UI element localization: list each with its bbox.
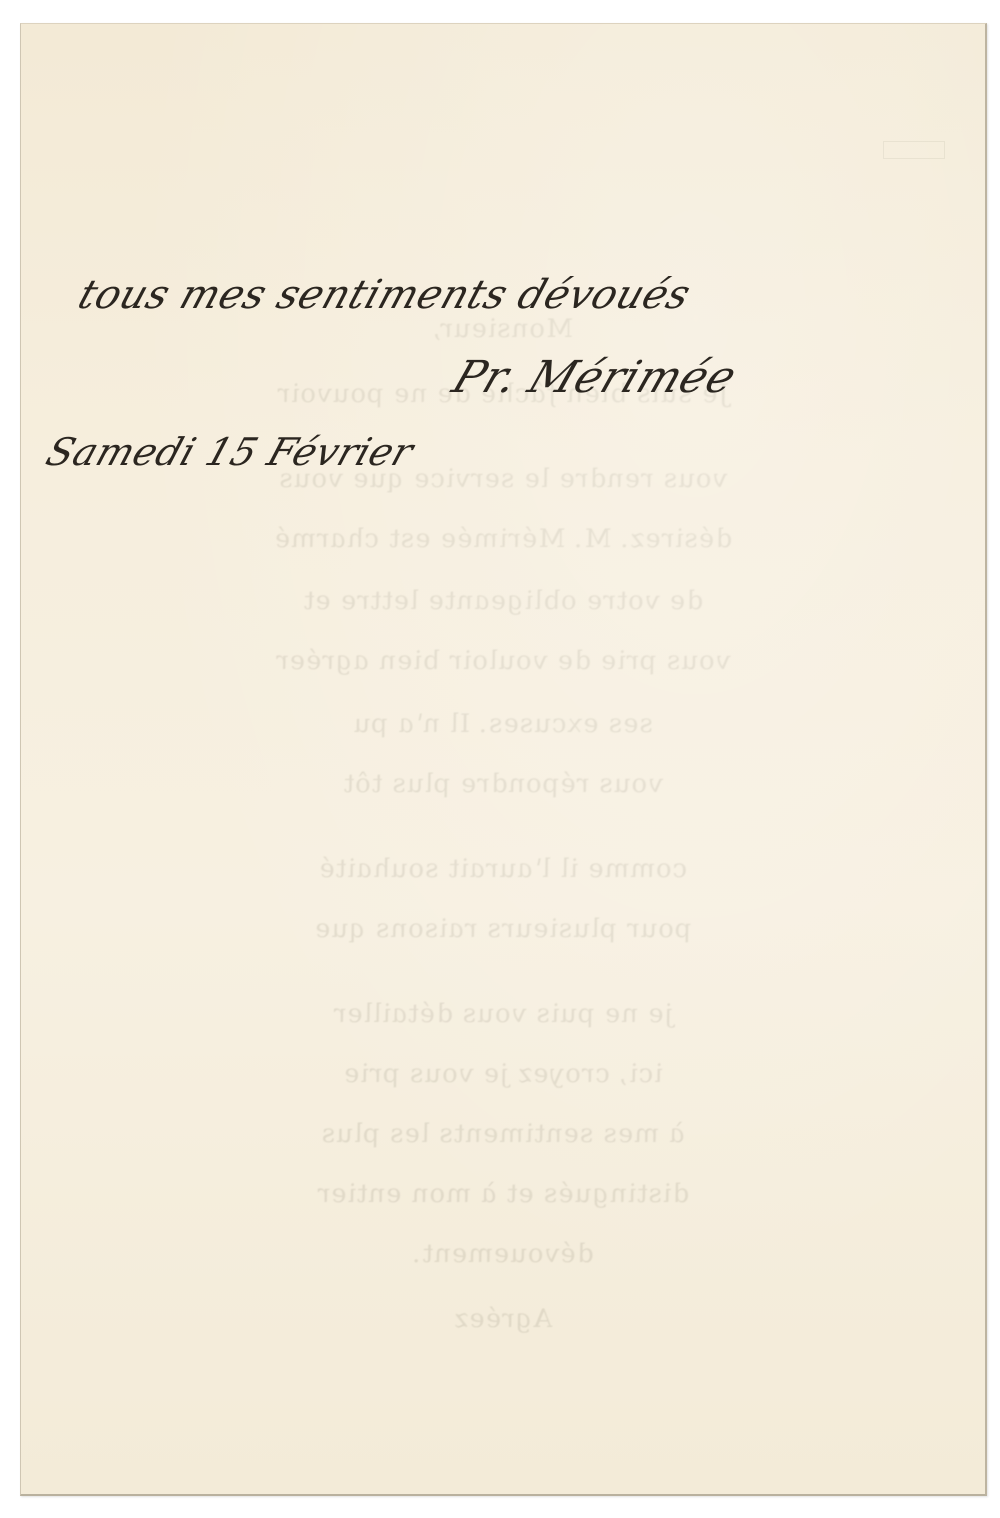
bleed-through-line: désirez. M. Mérimée est charmé (18, 524, 988, 554)
bleed-through-line: Monsieur, (18, 314, 988, 344)
bleed-through-line: vous répondre plus tôt (18, 769, 988, 799)
bleed-through-line: comme il l'aurait souhaité (18, 854, 988, 884)
bleed-through-line: Agréez (18, 1304, 988, 1334)
bleed-through-line: pour plusieurs raisons que (18, 914, 988, 944)
closing-line: tous mes sentiments dévoués (73, 272, 697, 318)
bleed-through-line: dévouement. (18, 1239, 988, 1269)
blind-stamp-mark (883, 141, 945, 159)
bleed-through-line: à mes sentiments les plus (18, 1119, 988, 1149)
date-line: Samedi 15 Février (41, 430, 419, 474)
signature: Pr. Mérimée (446, 352, 744, 403)
bleed-through-line: ici, croyez je vous prie (18, 1059, 988, 1089)
bleed-through-line: ses excuses. Il n'a pu (18, 709, 988, 739)
bleed-through-line: de votre obligeante lettre et (18, 586, 988, 616)
bleed-through-line: distingués et à mon entier (18, 1179, 988, 1209)
bleed-through-line: vous prie de vouloir bien agréer (18, 646, 988, 676)
bleed-through-line: je ne puis vous détailler (18, 999, 988, 1029)
letter-page: Monsieur, Je suis bien fâché de ne pouvo… (20, 23, 987, 1496)
